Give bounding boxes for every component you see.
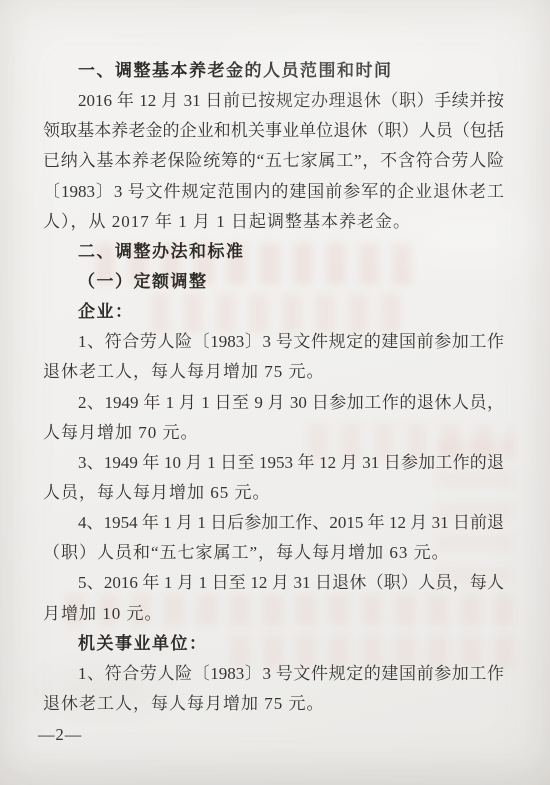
text-line: 2016 年 12 月 31 日前已按规定办理退休（职）手续并按月 <box>43 86 504 116</box>
text-line: 月增加 10 元。 <box>43 599 504 629</box>
text-line: 领取基本养老金的企业和机关事业单位退休（职）人员（包括 <box>43 116 504 146</box>
text-line: 企业： <box>43 297 504 327</box>
text-line: 4、1954 年 1 月 1 日后参加工作、2015 年 12 月 31 日前退… <box>43 508 504 538</box>
scanned-document-page: 一、调整基本养老金的人员范围和时间2016 年 12 月 31 日前已按规定办理… <box>0 0 550 785</box>
page-number: —2— <box>38 725 82 745</box>
text-line: 1、符合劳人险〔1983〕3 号文件规定的建国前参加工作的 <box>43 659 504 689</box>
text-line: 2、1949 年 1 月 1 日至 9 月 30 日参加工作的退休人员，每 <box>43 388 504 418</box>
document-body: 一、调整基本养老金的人员范围和时间2016 年 12 月 31 日前已按规定办理… <box>43 56 504 719</box>
text-line: 退休老工人，每人每月增加 75 元。 <box>43 357 504 387</box>
text-line: 机关事业单位： <box>43 629 504 659</box>
text-line: （职）人员和“五七家属工”，每人每月增加 63 元。 <box>43 538 504 568</box>
text-line: 人员，每人每月增加 65 元。 <box>43 478 504 508</box>
text-line: 退休老工人，每人每月增加 75 元。 <box>43 689 504 719</box>
text-line: 5、2016 年 1 月 1 日至 12 月 31 日退休（职）人员，每人每 <box>43 568 504 598</box>
text-line: 二、调整办法和标准 <box>43 237 504 267</box>
text-line: 已纳入基本养老保险统筹的“五七家属工”，不含符合劳人险 <box>43 146 504 176</box>
text-line: 一、调整基本养老金的人员范围和时间 <box>43 56 504 86</box>
text-line: （一）定额调整 <box>43 267 504 297</box>
text-line: 3、1949 年 10 月 1 日至 1953 年 12 月 31 日参加工作的… <box>43 448 504 478</box>
text-line: 1、符合劳人险〔1983〕3 号文件规定的建国前参加工作的 <box>43 327 504 357</box>
text-line: 人），从 2017 年 1 月 1 日起调整基本养老金。 <box>43 207 504 237</box>
text-line: 人每月增加 70 元。 <box>43 418 504 448</box>
text-line: 〔1983〕3 号文件规定范围内的建国前参军的企业退休老工 <box>43 177 504 207</box>
